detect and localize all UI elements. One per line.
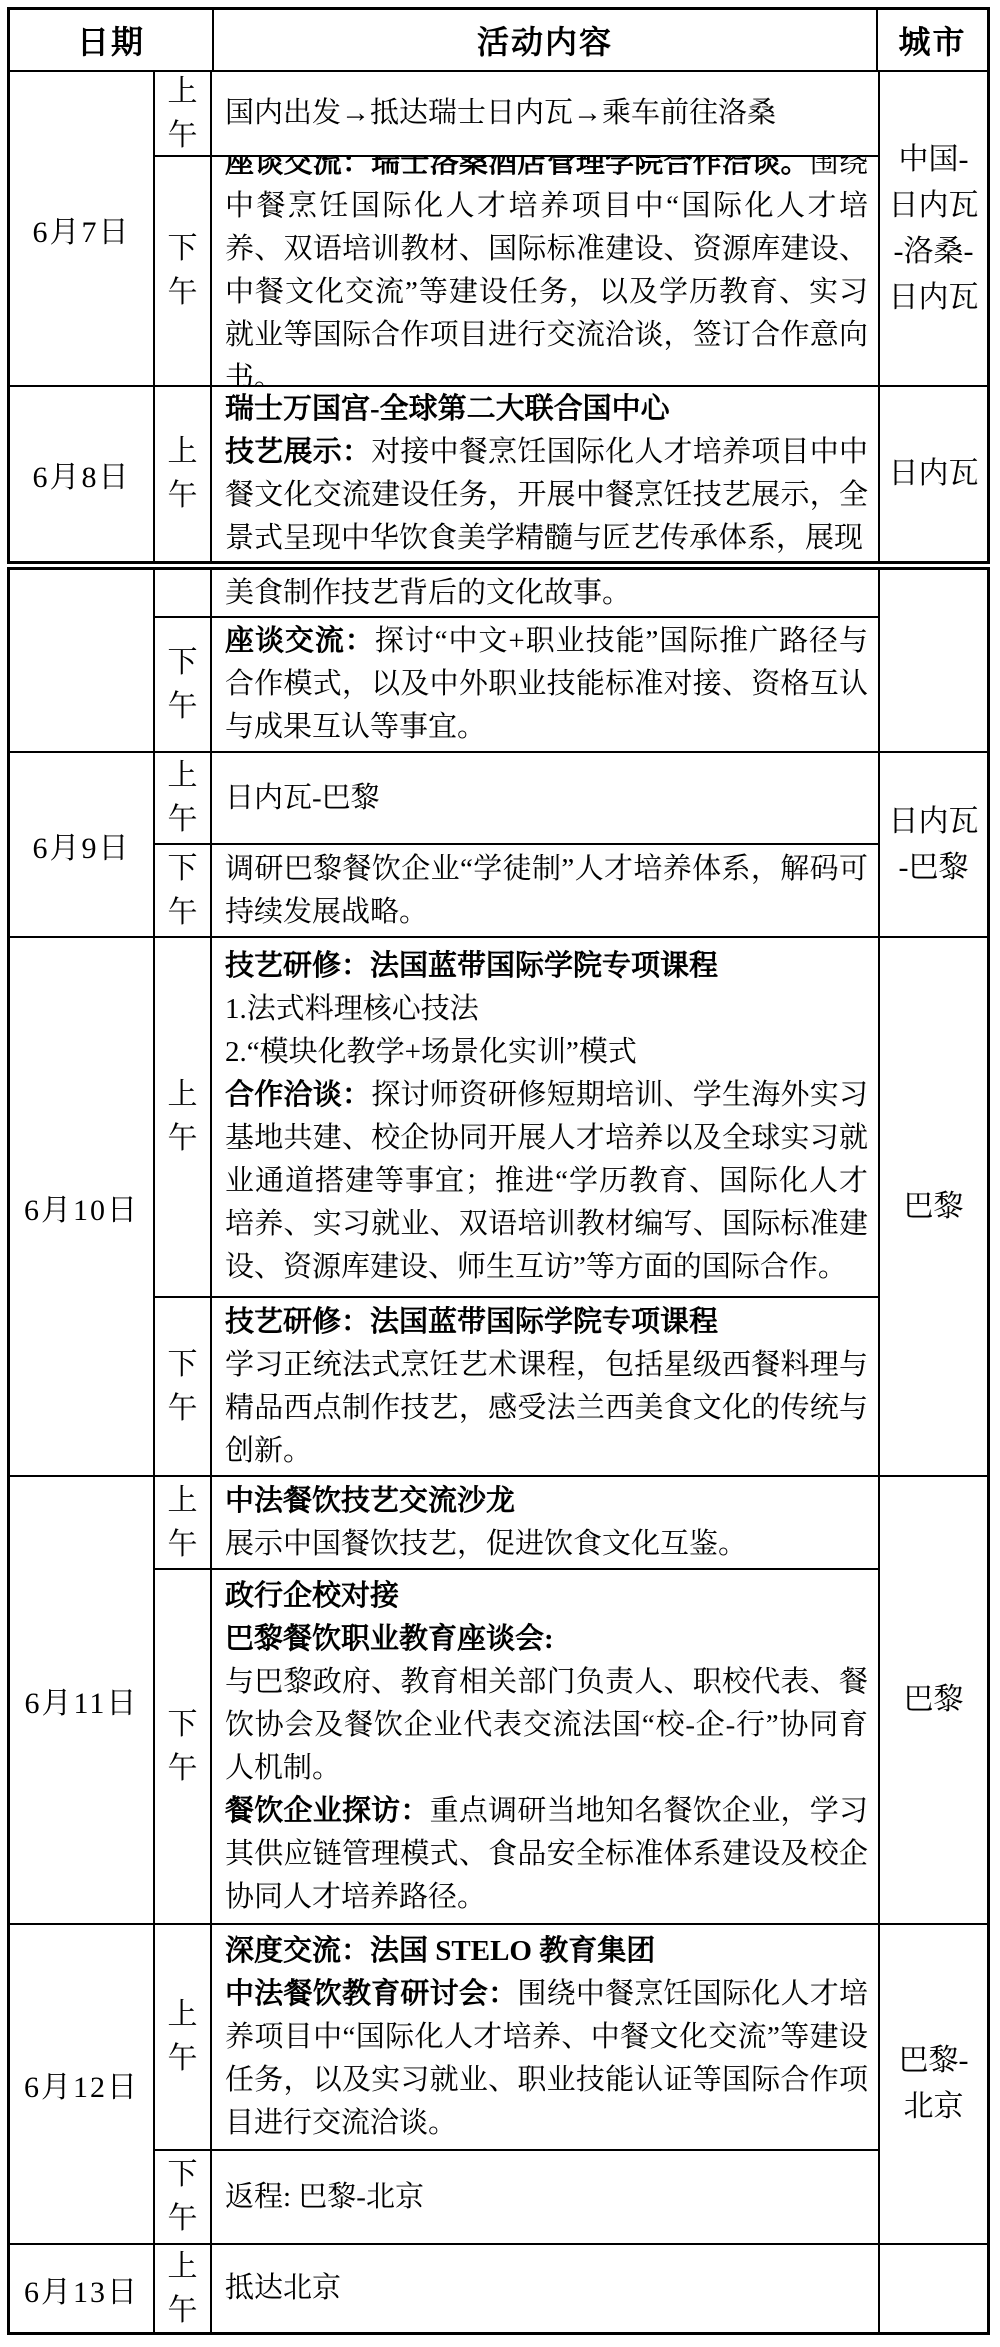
city-cell: 日内瓦-巴黎 (878, 753, 987, 936)
header-cell-date: 日期 (10, 10, 214, 70)
activity-paragraph: 展示中国餐饮技艺，促进饮食文化互鉴。 (225, 1523, 868, 1566)
activity-cell: 座谈交流：瑞士洛桑酒店管理学院合作洽谈。围绕中餐烹饪国际化人才培养项目中“国际化… (212, 157, 878, 385)
bold-lead-in: 中法餐饮教育研讨会： (225, 1978, 517, 2010)
itinerary-table-part-1: 日期 活动内容 城市 6月7日上午国内出发→抵达瑞士日内瓦→乘车前往洛桑下午座谈… (7, 7, 990, 564)
activity-paragraph: 调研巴黎餐饮企业“学徒制”人才培养体系，解码可持续发展战略。 (225, 848, 868, 934)
city-cell (878, 2245, 987, 2332)
date-cell: 6月11日 (10, 1477, 155, 1923)
schedule-row: 下午返程: 巴黎-北京 (155, 2151, 878, 2243)
bold-lead-in: 巴黎餐饮职业教育座谈会: (225, 1623, 554, 1655)
schedule-row: 上午瑞士万国宫-全球第二大联合国中心技艺展示：对接中餐烹饪国际化人才培养项目中中… (155, 387, 878, 561)
activity-cell: 瑞士万国宫-全球第二大联合国中心技艺展示：对接中餐烹饪国际化人才培养项目中中餐文… (212, 387, 878, 561)
bold-lead-in: 技艺研修：法国蓝带国际学院专项课程 (225, 1306, 718, 1338)
activity-paragraph: 技艺研修：法国蓝带国际学院专项课程 (225, 1301, 868, 1344)
activity-paragraph: 返程: 巴黎-北京 (225, 2176, 868, 2219)
activity-paragraph: 座谈交流：探讨“中文+职业技能”国际推广路径与合作模式，以及中外职业技能标准对接… (225, 620, 868, 749)
activity-paragraph: 抵达北京 (225, 2267, 868, 2310)
bold-lead-in: 瑞士万国宫-全球第二大联合国中心 (225, 393, 670, 425)
activity-cell: 政行企校对接巴黎餐饮职业教育座谈会:与巴黎政府、教育相关部门负责人、职校代表、餐… (212, 1570, 878, 1923)
schedule-rows: 上午技艺研修：法国蓝带国际学院专项课程1.法式料理核心技法2.“模块化教学+场景… (155, 938, 878, 1475)
activity-paragraph: 中法餐饮技艺交流沙龙 (225, 1480, 868, 1523)
date-cell (10, 570, 155, 751)
activity-paragraph: 中法餐饮教育研讨会：围绕中餐烹饪国际化人才培养项目中“国际化人才培养、中餐文化交… (225, 1973, 868, 2145)
date-cell: 6月9日 (10, 753, 155, 936)
period-cell: 下午 (155, 618, 212, 751)
text-run: 围绕中餐烹饪国际化人才培养项目中“国际化人才培养、双语培训教材、国际标准建设、资… (225, 157, 868, 385)
date-cell: 6月7日 (10, 72, 155, 385)
activity-cell: 技艺研修：法国蓝带国际学院专项课程学习正统法式烹饪艺术课程，包括星级西餐料理与精… (212, 1298, 878, 1475)
activity-paragraph: 技艺展示：对接中餐烹饪国际化人才培养项目中中餐文化交流建设任务，开展中餐烹饪技艺… (225, 431, 868, 560)
activity-paragraph: 1.法式料理核心技法 (225, 988, 868, 1031)
schedule-row: 美食制作技艺背后的文化故事。 (155, 570, 878, 618)
activity-paragraph: 餐饮企业探访：重点调研当地知名餐饮企业，学习其供应链管理模式、食品安全标准体系建… (225, 1790, 868, 1919)
activity-paragraph: 国内出发→抵达瑞士日内瓦→乘车前往洛桑 (225, 92, 868, 135)
activity-cell: 中法餐饮技艺交流沙龙展示中国餐饮技艺，促进饮食文化互鉴。 (212, 1477, 878, 1568)
schedule-rows: 上午深度交流：法国 STELO 教育集团中法餐饮教育研讨会：围绕中餐烹饪国际化人… (155, 1925, 878, 2243)
date-cell: 6月10日 (10, 938, 155, 1475)
activity-paragraph: 学习正统法式烹饪艺术课程，包括星级西餐料理与精品西点制作技艺，感受法兰西美食文化… (225, 1344, 868, 1473)
schedule-row: 下午座谈交流：瑞士洛桑酒店管理学院合作洽谈。围绕中餐烹饪国际化人才培养项目中“国… (155, 157, 878, 385)
activity-cell: 抵达北京 (212, 2245, 878, 2332)
schedule-row: 下午调研巴黎餐饮企业“学徒制”人才培养体系，解码可持续发展战略。 (155, 845, 878, 936)
schedule-row: 上午国内出发→抵达瑞士日内瓦→乘车前往洛桑 (155, 72, 878, 157)
activity-paragraph: 技艺研修：法国蓝带国际学院专项课程 (225, 945, 868, 988)
date-cell: 6月12日 (10, 1925, 155, 2243)
date-cell: 6月8日 (10, 387, 155, 561)
bold-lead-in: 技艺研修：法国蓝带国际学院专项课程 (225, 950, 718, 982)
schedule-block: 6月11日上午中法餐饮技艺交流沙龙展示中国餐饮技艺，促进饮食文化互鉴。下午政行企… (10, 1475, 987, 1923)
city-cell: 中国-日内瓦-洛桑-日内瓦 (878, 72, 987, 385)
activity-paragraph: 瑞士万国宫-全球第二大联合国中心 (225, 388, 868, 431)
period-cell: 下午 (155, 1298, 212, 1475)
schedule-row: 上午中法餐饮技艺交流沙龙展示中国餐饮技艺，促进饮食文化互鉴。 (155, 1477, 878, 1570)
period-cell: 上午 (155, 1477, 212, 1568)
schedule-block: 美食制作技艺背后的文化故事。下午座谈交流：探讨“中文+职业技能”国际推广路径与合… (10, 570, 987, 751)
city-cell (878, 570, 987, 751)
activity-cell: 技艺研修：法国蓝带国际学院专项课程1.法式料理核心技法2.“模块化教学+场景化实… (212, 938, 878, 1296)
text-run: 1.法式料理核心技法 (225, 993, 479, 1025)
schedule-rows: 上午日内瓦-巴黎下午调研巴黎餐饮企业“学徒制”人才培养体系，解码可持续发展战略。 (155, 753, 878, 936)
period-cell: 上午 (155, 387, 212, 561)
activity-paragraph: 2.“模块化教学+场景化实训”模式 (225, 1031, 868, 1074)
schedule-block: 6月7日上午国内出发→抵达瑞士日内瓦→乘车前往洛桑下午座谈交流：瑞士洛桑酒店管理… (10, 72, 987, 385)
period-cell: 下午 (155, 157, 212, 385)
activity-paragraph: 座谈交流：瑞士洛桑酒店管理学院合作洽谈。围绕中餐烹饪国际化人才培养项目中“国际化… (225, 157, 868, 385)
schedule-row: 上午深度交流：法国 STELO 教育集团中法餐饮教育研讨会：围绕中餐烹饪国际化人… (155, 1925, 878, 2151)
city-cell: 巴黎 (878, 938, 987, 1475)
activity-paragraph: 巴黎餐饮职业教育座谈会: (225, 1618, 868, 1661)
bold-lead-in: 政行企校对接 (225, 1580, 399, 1612)
period-cell: 下午 (155, 1570, 212, 1923)
table-header-row: 日期 活动内容 城市 (10, 10, 987, 72)
period-cell: 上午 (155, 938, 212, 1296)
schedule-row: 下午技艺研修：法国蓝带国际学院专项课程学习正统法式烹饪艺术课程，包括星级西餐料理… (155, 1298, 878, 1475)
activity-cell: 座谈交流：探讨“中文+职业技能”国际推广路径与合作模式，以及中外职业技能标准对接… (212, 618, 878, 751)
text-run: 学习正统法式烹饪艺术课程，包括星级西餐料理与精品西点制作技艺，感受法兰西美食文化… (225, 1349, 868, 1467)
period-cell (155, 570, 212, 616)
schedule-block: 6月12日上午深度交流：法国 STELO 教育集团中法餐饮教育研讨会：围绕中餐烹… (10, 1923, 987, 2243)
schedule-row: 上午抵达北京 (155, 2245, 878, 2332)
city-cell: 巴黎-北京 (878, 1925, 987, 2243)
bold-lead-in: 中法餐饮技艺交流沙龙 (225, 1485, 515, 1517)
schedule-rows: 美食制作技艺背后的文化故事。下午座谈交流：探讨“中文+职业技能”国际推广路径与合… (155, 570, 878, 751)
period-cell: 上午 (155, 2245, 212, 2332)
text-run: 抵达北京 (225, 2272, 341, 2304)
city-cell: 日内瓦 (878, 387, 987, 561)
activity-paragraph: 与巴黎政府、教育相关部门负责人、职校代表、餐饮协会及餐饮企业代表交流法国“校-企… (225, 1661, 868, 1790)
date-cell: 6月13日 (10, 2245, 155, 2332)
activity-paragraph: 日内瓦-巴黎 (225, 777, 868, 820)
text-run: 展示中国餐饮技艺，促进饮食文化互鉴。 (225, 1528, 747, 1560)
document-page: 日期 活动内容 城市 6月7日上午国内出发→抵达瑞士日内瓦→乘车前往洛桑下午座谈… (0, 0, 1000, 2335)
text-run: 与巴黎政府、教育相关部门负责人、职校代表、餐饮协会及餐饮企业代表交流法国“校-企… (225, 1666, 868, 1784)
activity-cell: 美食制作技艺背后的文化故事。 (212, 570, 878, 616)
activity-paragraph: 合作洽谈：探讨师资研修短期培训、学生海外实习基地共建、校企协同开展人才培养以及全… (225, 1074, 868, 1289)
activity-cell: 调研巴黎餐饮企业“学徒制”人才培养体系，解码可持续发展战略。 (212, 845, 878, 936)
schedule-block: 6月9日上午日内瓦-巴黎下午调研巴黎餐饮企业“学徒制”人才培养体系，解码可持续发… (10, 751, 987, 936)
bold-lead-in: 座谈交流： (225, 625, 375, 657)
activity-cell: 深度交流：法国 STELO 教育集团中法餐饮教育研讨会：围绕中餐烹饪国际化人才培… (212, 1925, 878, 2149)
schedule-row: 下午座谈交流：探讨“中文+职业技能”国际推广路径与合作模式，以及中外职业技能标准… (155, 618, 878, 751)
itinerary-table-part-2: 美食制作技艺背后的文化故事。下午座谈交流：探讨“中文+职业技能”国际推广路径与合… (7, 567, 990, 2335)
schedule-row: 下午政行企校对接巴黎餐饮职业教育座谈会:与巴黎政府、教育相关部门负责人、职校代表… (155, 1570, 878, 1923)
header-cell-activity: 活动内容 (214, 10, 878, 70)
schedule-block: 6月10日上午技艺研修：法国蓝带国际学院专项课程1.法式料理核心技法2.“模块化… (10, 936, 987, 1475)
period-cell: 下午 (155, 2151, 212, 2243)
bold-lead-in: 座谈交流：瑞士洛桑酒店管理学院合作洽谈。 (225, 157, 810, 179)
schedule-rows: 上午国内出发→抵达瑞士日内瓦→乘车前往洛桑下午座谈交流：瑞士洛桑酒店管理学院合作… (155, 72, 878, 385)
schedule-block: 6月8日上午瑞士万国宫-全球第二大联合国中心技艺展示：对接中餐烹饪国际化人才培养… (10, 385, 987, 561)
period-cell: 下午 (155, 845, 212, 936)
header-cell-city: 城市 (878, 10, 987, 70)
activity-paragraph: 深度交流：法国 STELO 教育集团 (225, 1930, 868, 1973)
schedule-rows: 上午中法餐饮技艺交流沙龙展示中国餐饮技艺，促进饮食文化互鉴。下午政行企校对接巴黎… (155, 1477, 878, 1923)
text-run: 调研巴黎餐饮企业“学徒制”人才培养体系，解码可持续发展战略。 (225, 853, 868, 928)
text-run: 美食制作技艺背后的文化故事。 (225, 577, 631, 609)
activity-paragraph: 政行企校对接 (225, 1575, 868, 1618)
period-cell: 上午 (155, 72, 212, 155)
activity-paragraph: 美食制作技艺背后的文化故事。 (225, 572, 868, 615)
bold-lead-in: 合作洽谈： (225, 1079, 371, 1111)
text-run: 2.“模块化教学+场景化实训”模式 (225, 1036, 637, 1068)
schedule-row: 上午技艺研修：法国蓝带国际学院专项课程1.法式料理核心技法2.“模块化教学+场景… (155, 938, 878, 1298)
activity-cell: 返程: 巴黎-北京 (212, 2151, 878, 2243)
bold-lead-in: 深度交流：法国 STELO 教育集团 (225, 1935, 655, 1967)
schedule-block: 6月13日上午抵达北京 (10, 2243, 987, 2332)
bold-lead-in: 餐饮企业探访： (225, 1795, 430, 1827)
activity-cell: 日内瓦-巴黎 (212, 753, 878, 843)
text-run: 日内瓦-巴黎 (225, 782, 380, 814)
schedule-rows: 上午抵达北京 (155, 2245, 878, 2332)
text-run: 返程: 巴黎-北京 (225, 2181, 424, 2213)
period-cell: 上午 (155, 1925, 212, 2149)
bold-lead-in: 技艺展示： (225, 436, 371, 468)
text-run: 国内出发→抵达瑞士日内瓦→乘车前往洛桑 (225, 97, 776, 129)
activity-cell: 国内出发→抵达瑞士日内瓦→乘车前往洛桑 (212, 72, 878, 155)
schedule-row: 上午日内瓦-巴黎 (155, 753, 878, 845)
schedule-rows: 上午瑞士万国宫-全球第二大联合国中心技艺展示：对接中餐烹饪国际化人才培养项目中中… (155, 387, 878, 561)
city-cell: 巴黎 (878, 1477, 987, 1923)
period-cell: 上午 (155, 753, 212, 843)
